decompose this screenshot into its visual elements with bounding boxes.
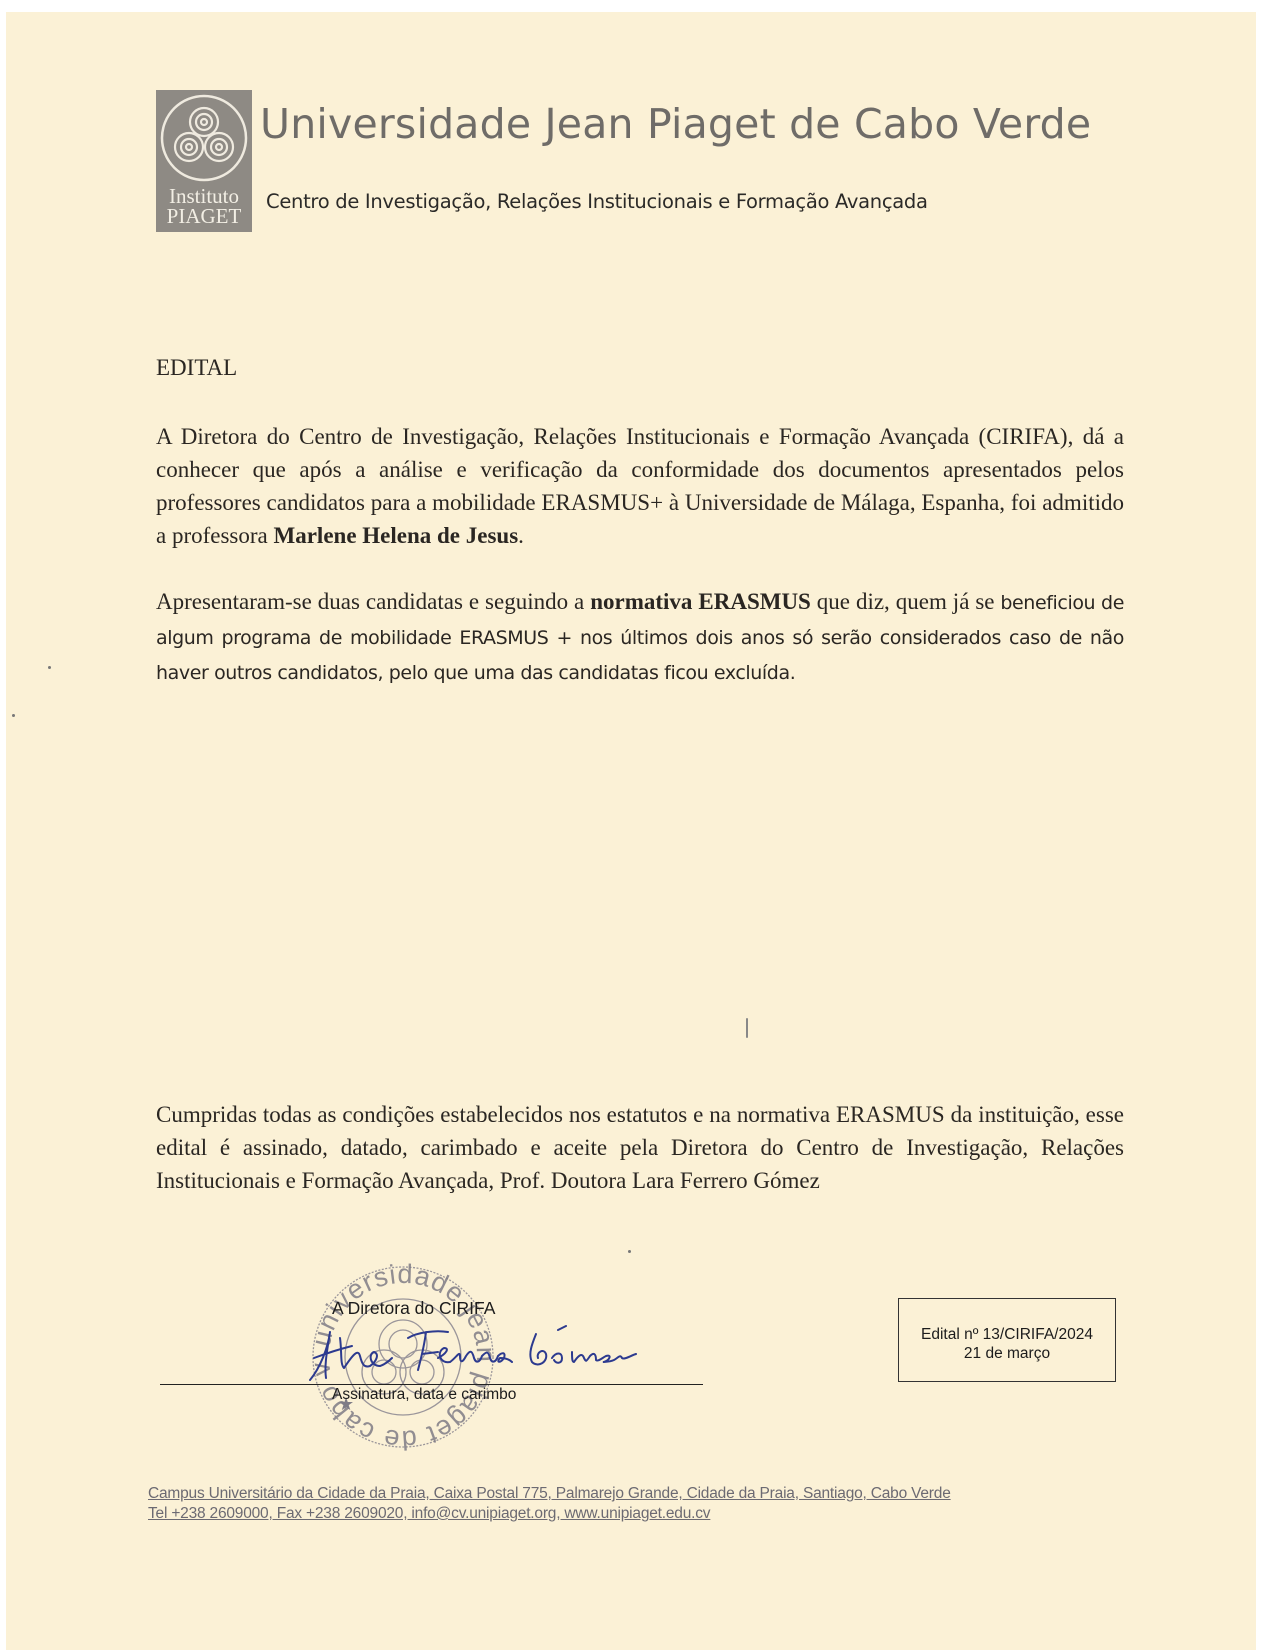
admitted-name: Marlene Helena de Jesus	[274, 523, 519, 548]
scan-speck	[628, 1250, 631, 1253]
edital-number: Edital nº 13/CIRIFA/2024	[899, 1325, 1115, 1344]
scan-speck	[48, 666, 51, 669]
footer-address: Campus Universitário da Cidade da Praia,…	[148, 1484, 951, 1524]
footer-address-line: Campus Universitário da Cidade da Praia,…	[148, 1484, 951, 1504]
signature-caption: Assinatura, data e carimbo	[332, 1386, 516, 1404]
university-title: Universidade Jean Piaget de Cabo Verde	[260, 100, 1091, 148]
paragraph-admission: A Diretora do Centro de Investigação, Re…	[156, 420, 1124, 552]
paragraph-closing: Cumpridas todas as condições estabelecid…	[156, 1098, 1124, 1197]
paragraph-admission-end: .	[518, 523, 524, 548]
handwritten-signature	[300, 1318, 660, 1388]
logo-text-instituto: Instituto	[156, 186, 252, 206]
footer-contact-line: Tel +238 2609000, Fax +238 2609020, info…	[148, 1504, 951, 1524]
scan-mark	[746, 1018, 748, 1038]
signatory-role: A Diretora do CIRIFA	[332, 1298, 495, 1319]
edital-reference-box: Edital nº 13/CIRIFA/2024 21 de março	[898, 1298, 1116, 1382]
scan-speck	[12, 714, 15, 717]
paragraph-candidates-after: que diz, quem já se	[811, 589, 995, 614]
edital-date: 21 de março	[899, 1344, 1115, 1363]
triskelion-spiral-icon	[156, 90, 252, 190]
instituto-piaget-logo: Instituto PIAGET	[156, 90, 252, 232]
document-page	[6, 12, 1256, 1650]
paragraph-candidates: Apresentaram-se duas candidatas e seguin…	[156, 585, 1124, 690]
logo-text-piaget: PIAGET	[156, 206, 252, 226]
normativa-bold: normativa ERASMUS	[590, 589, 811, 614]
document-heading: EDITAL	[156, 355, 237, 381]
paragraph-candidates-lead: Apresentaram-se duas candidatas e seguin…	[156, 589, 590, 614]
center-subtitle: Centro de Investigação, Relações Institu…	[266, 190, 928, 213]
signature-line	[160, 1384, 703, 1385]
